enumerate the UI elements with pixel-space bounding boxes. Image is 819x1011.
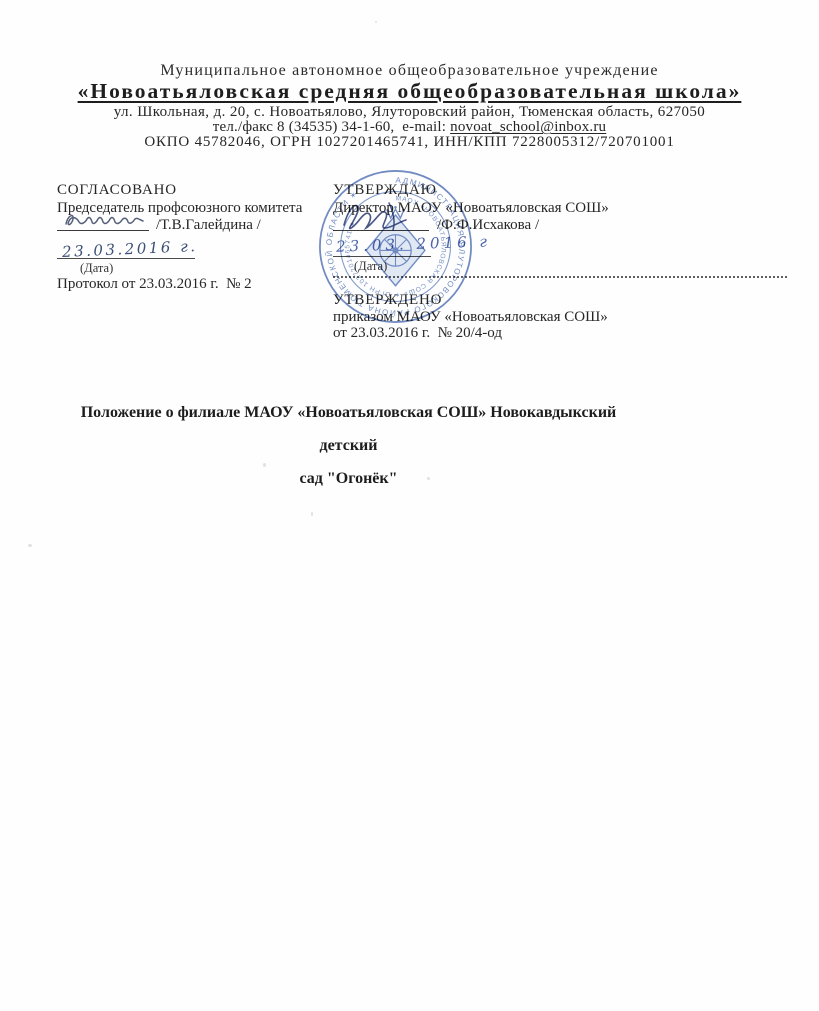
date-line-left xyxy=(57,244,195,259)
date-caption-left: (Дата) xyxy=(80,261,113,276)
document-title-line1: Положение о филиале МАОУ «Новоатьяловска… xyxy=(57,396,640,462)
agreed-heading: СОГЛАСОВАНО xyxy=(57,182,177,199)
org-type-line: Муниципальное автономное общеобразовател… xyxy=(0,62,819,80)
document-title-line2: сад "Огонёк" xyxy=(57,462,640,495)
scan-speck xyxy=(263,463,266,467)
signature-galeidina xyxy=(60,208,148,232)
document-page: Муниципальное автономное общеобразовател… xyxy=(0,0,819,1011)
approved-date-line: от 23.03.2016 г. № 20/4-од xyxy=(333,325,502,342)
document-title: Положение о филиале МАОУ «Новоатьяловска… xyxy=(57,396,640,495)
scan-speck xyxy=(375,21,377,23)
school-name-line: «Новоатьяловская средняя общеобразовател… xyxy=(0,79,819,104)
scan-speck xyxy=(311,512,313,516)
scan-speck xyxy=(28,544,32,547)
phone-fax-text: тел./факс 8 (34535) 34-1-60, e-mail: xyxy=(213,119,450,135)
scan-speck xyxy=(427,477,430,480)
stamp-emblem xyxy=(366,206,425,286)
agreed-name: /Т.В.Галейдина / xyxy=(156,217,261,234)
codes-line: ОКПО 45782046, ОГРН 1027201465741, ИНН/К… xyxy=(0,134,819,151)
email-text: novoat_school@inbox.ru xyxy=(450,119,606,135)
official-stamp-seal: АДМИНИСТРАЦИЯ ЯЛУТОРОВСКОГО РАЙОНА ТЮМЕН… xyxy=(317,168,474,325)
protocol-line: Протокол от 23.03.2016 г. № 2 xyxy=(57,276,252,293)
